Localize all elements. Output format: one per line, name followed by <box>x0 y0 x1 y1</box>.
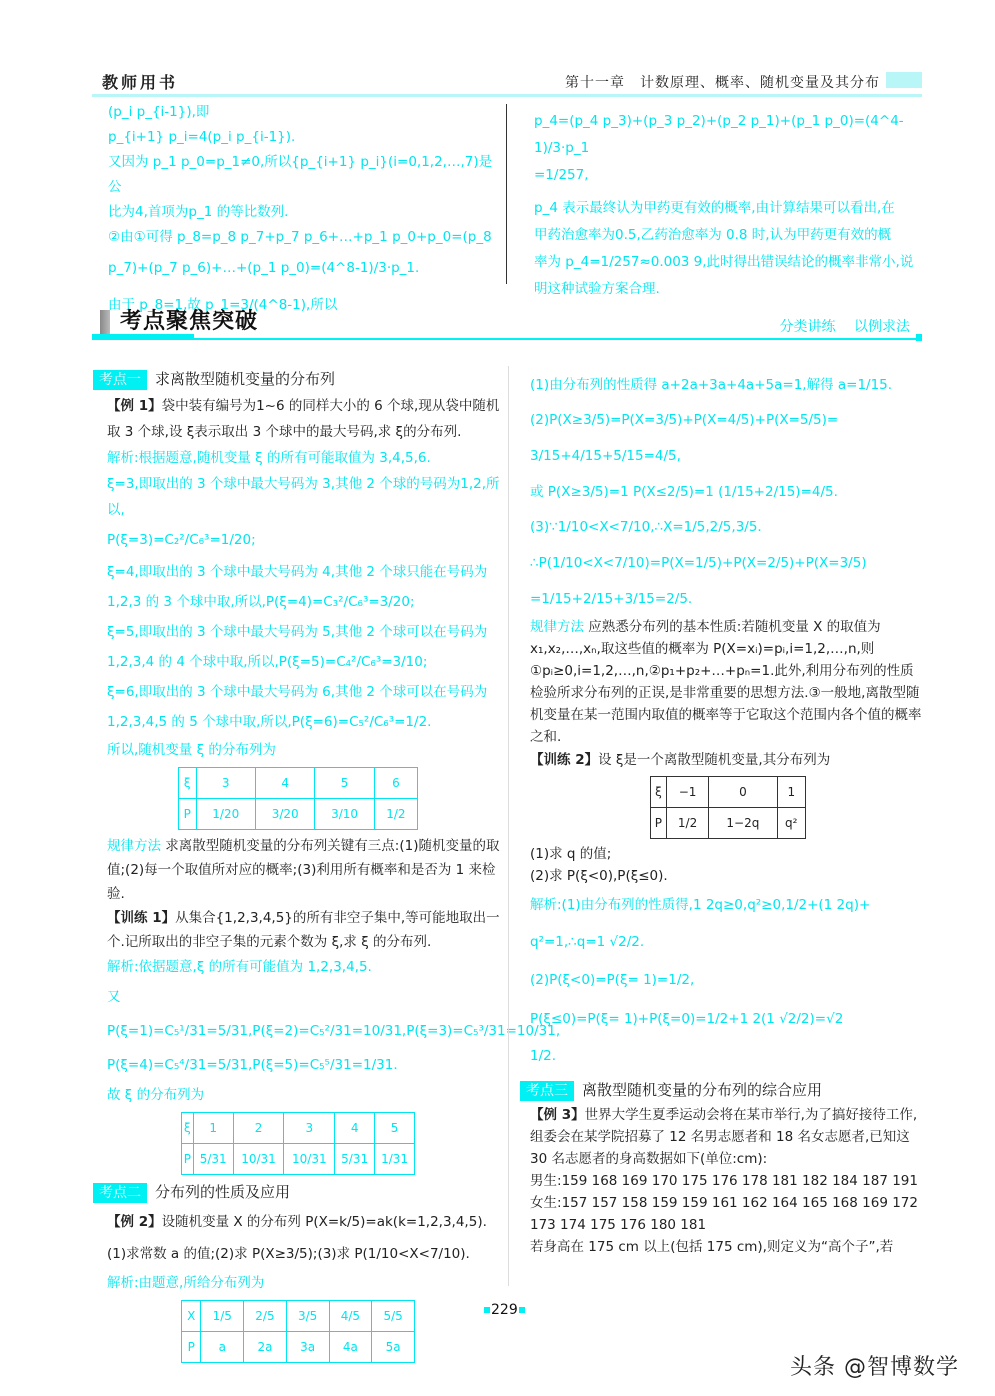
table-row: P 5/31 10/31 10/31 5/31 1/31 <box>182 1144 415 1175</box>
text-line: 明这种试验方案合理. <box>534 276 924 303</box>
example2-solution-intro: 解析:由题意,所给分布列为 <box>93 1270 503 1296</box>
table-cell: 1/2 <box>374 799 417 830</box>
training2-question-2: (2)求 P(ξ<0),P(ξ≤0). <box>530 865 925 887</box>
training1: 【训练 1】从集合{1,2,3,4,5}的所有非空子集中,等可能地取出一个.记所… <box>93 906 503 954</box>
text-line: =1/257, <box>534 162 924 189</box>
table-row: P a 2a 3a 4a 5a <box>182 1332 415 1363</box>
text-line: 比为4,首项为p_1 的等比数列. <box>108 200 503 225</box>
solution-line: 所以,随机变量 ξ 的分布列为 <box>107 737 503 763</box>
table-cell: X <box>182 1301 201 1332</box>
top-right-continuation: p_4=(p_4 p_3)+(p_3 p_2)+(p_2 p_1)+(p_1 p… <box>534 108 924 303</box>
banner-title: 考点聚焦突破 <box>120 304 258 335</box>
text-line: p_4=(p_4 p_3)+(p_3 p_2)+(p_2 p_1)+(p_1 p… <box>534 108 924 162</box>
table-cell: 4/5 <box>329 1301 372 1332</box>
table-cell: 3/20 <box>255 799 314 830</box>
method2-label: 规律方法 <box>530 619 584 635</box>
male-values: 159 168 169 170 175 176 178 181 182 184 … <box>562 1173 918 1189</box>
solution-line: P(ξ=3)=C₂²/C₆³=1/20; <box>107 523 503 557</box>
header-rule <box>92 94 922 97</box>
example2-distribution-table: X 1/5 2/5 3/5 4/5 5/5 P a 2a 3a 4a 5a <box>181 1300 415 1363</box>
table-cell: 1 <box>778 777 805 808</box>
male-heights: 男生:159 168 169 170 175 176 178 181 182 1… <box>530 1170 925 1192</box>
table-cell: 5 <box>375 1113 415 1144</box>
training2: 【训练 2】设 ξ是一个离散型随机变量,其分布列为 <box>530 748 925 772</box>
table-row: ξ 1 2 3 4 5 <box>182 1113 415 1144</box>
table-cell: P <box>650 808 667 839</box>
table-cell: 1 <box>193 1113 233 1144</box>
example2-questions: (1)求常数 a 的值;(2)求 P(X≥3/5);(3)求 P(1/10<X<… <box>93 1238 503 1270</box>
right-column: (1)由分布列的性质得 a+2a+3a+4a+5a=1,解得 a=1/15. (… <box>530 368 925 1258</box>
training1-solution: 解析:依据题意,ξ 的所有可能值为 1,2,3,4,5. 又 P(ξ=1)=C₅… <box>93 954 503 1108</box>
table-row: P 1/2 1−2q q² <box>650 808 805 839</box>
method2-text: 应熟悉分布列的基本性质:若随机变量 X 的取值为x₁,x₂,…,xₙ,取这些值的… <box>530 619 922 745</box>
table-cell: 5/5 <box>372 1301 415 1332</box>
watermark: 头条 @智博数学 <box>790 1350 959 1381</box>
table-row: X 1/5 2/5 3/5 4/5 5/5 <box>182 1301 415 1332</box>
table-cell: ξ <box>650 777 667 808</box>
solution-line: q²=1,∴q=1 √2/2. <box>530 923 925 961</box>
training2-text: 设 ξ是一个离散型随机变量,其分布列为 <box>598 752 830 768</box>
table-cell: 3 <box>196 768 255 799</box>
table-cell: 5a <box>372 1332 415 1363</box>
chapter-title: 第十一章 计数原理、概率、随机变量及其分布 <box>565 72 880 92</box>
height-data: 男生:159 168 169 170 175 176 178 181 182 1… <box>530 1170 925 1258</box>
table-cell: 5/31 <box>335 1144 375 1175</box>
text-line: 率为 p_4=1/257≈0.003 9,此时得出错误结论的概率非常小,说 <box>534 249 924 276</box>
left-column: 考点一求离散型随机变量的分布列 【例 1】袋中装有编号为1~6 的同样大小的 6… <box>93 366 503 1367</box>
table-cell: 10/31 <box>284 1144 335 1175</box>
banner-end-mark <box>916 334 922 341</box>
solution-line: (2)P(ξ<0)=P(ξ= 1)=1/2, <box>530 961 925 999</box>
solution-line: ξ=5,即取出的 3 个球中最大号码为 5,其他 2 个球可以在号码为 1,2,… <box>107 617 503 677</box>
table-cell: 3 <box>284 1113 335 1144</box>
solution-line: 3/15+4/15+5/15=4/5, <box>530 438 925 474</box>
example3-label: 【例 3】 <box>530 1107 585 1123</box>
page-marker-icon <box>484 1307 490 1313</box>
solution-line: 故 ξ 的分布列为 <box>107 1082 503 1108</box>
table-cell: 1−2q <box>708 808 777 839</box>
page-header: 教师用书 第十一章 计数原理、概率、随机变量及其分布 <box>92 66 922 94</box>
solution-line: ∴P(1/10<X<7/10)=P(X=1/5)+P(X=2/5)+P(X=3/… <box>530 544 925 582</box>
table-cell: P <box>182 1332 201 1363</box>
table-row: ξ 3 4 5 6 <box>179 768 418 799</box>
table-cell: 4a <box>329 1332 372 1363</box>
table-cell: 0 <box>708 777 777 808</box>
solution-line: ξ=3,即取出的 3 个球中最大号码为 3,其他 2 个球的号码为1,2,所以, <box>107 471 503 523</box>
text-line: 甲药治愈率为0.5,乙药治愈率为 0.8 时,认为甲药更有效的概 <box>534 222 924 249</box>
text-line: ②由①可得 p_8=p_8 p_7+p_7 p_6+…+p_1 p_0+p_0=… <box>108 225 503 250</box>
table-cell: a <box>201 1332 244 1363</box>
book-label: 教师用书 <box>102 70 178 93</box>
solution-line: P(ξ=4)=C₅⁴/31=5/31,P(ξ=5)=C₅⁵/31=1/31. <box>107 1048 503 1082</box>
table-cell: 5 <box>315 768 374 799</box>
example3: 【例 3】世界大学生夏季运动会将在某市举行,为了搞好接待工作,组委会在某学院招募… <box>530 1104 925 1170</box>
solution-line: (1)由分布列的性质得 a+2a+3a+4a+5a=1,解得 a=1/15. <box>530 368 925 402</box>
training1-label: 【训练 1】 <box>107 910 175 926</box>
table-cell: ξ <box>179 768 197 799</box>
solution-line: 又 P(ξ=1)=C₅¹/31=5/31,P(ξ=2)=C₅²/31=10/31… <box>107 980 503 1048</box>
banner-grip-icon <box>100 310 110 336</box>
table-row: ξ −1 0 1 <box>650 777 805 808</box>
table-cell: 6 <box>374 768 417 799</box>
text-line: 若身高在 175 cm 以上(包括 175 cm),则定义为“高个子”,若 <box>530 1236 925 1258</box>
solution-line: =1/15+2/15+3/15=2/5. <box>530 582 925 616</box>
training1-distribution-table: ξ 1 2 3 4 5 P 5/31 10/31 10/31 5/31 1/31 <box>181 1112 415 1175</box>
solution-line: ξ=4,即取出的 3 个球中最大号码为 4,其他 2 个球只能在号码为 1,2,… <box>107 557 503 617</box>
section3-heading: 考点三离散型随机变量的分布列的综合应用 <box>520 1077 925 1104</box>
table-cell: P <box>182 1144 194 1175</box>
banner-rule <box>194 338 916 340</box>
example1: 【例 1】袋中装有编号为1~6 的同样大小的 6 个球,现从袋中随机取 3 个球… <box>93 393 503 445</box>
method2: 规律方法 应熟悉分布列的基本性质:若随机变量 X 的取值为x₁,x₂,…,xₙ,… <box>530 616 925 748</box>
section3-title: 离散型随机变量的分布列的综合应用 <box>582 1081 822 1099</box>
example1-label: 【例 1】 <box>107 398 162 414</box>
banner-subtitle: 分类讲练 以例求法 <box>780 316 910 336</box>
text-line: 又因为 p_1 p_0=p_1≠0,所以{p_{i+1} p_i}(i=0,1,… <box>108 150 503 200</box>
female-label: 女生: <box>530 1195 562 1211</box>
column-divider-main <box>508 366 509 1286</box>
page-number-text: 229 <box>491 1302 518 1318</box>
table-cell: 1/20 <box>196 799 255 830</box>
solution-line: 解析:(1)由分布列的性质得,1 2q≥0,q²≥0,1/2+(1 2q)+ <box>530 887 925 923</box>
method1-label: 规律方法 <box>107 838 161 854</box>
solution-line: 或 P(X≥3/5)=1 P(X≤2/5)=1 (1/15+2/15)=4/5. <box>530 474 925 510</box>
solution-line: 解析:依据题意,ξ 的所有可能值为 1,2,3,4,5. <box>107 954 503 980</box>
text-line: p_7)+(p_7 p_6)+…+(p_1 p_0)=(4^8-1)/3·p_1… <box>108 256 503 281</box>
table-cell: q² <box>778 808 805 839</box>
table-cell: 1/5 <box>201 1301 244 1332</box>
page-marker-icon <box>519 1307 525 1313</box>
text-line: (p_i p_{i-1}),即 <box>108 100 503 125</box>
training2-solution: 解析:(1)由分布列的性质得,1 2q≥0,q²≥0,1/2+(1 2q)+ q… <box>530 887 925 1073</box>
solution-line: (2)P(X≥3/5)=P(X=3/5)+P(X=4/5)+P(X=5/5)= <box>530 402 925 438</box>
section3-tag: 考点三 <box>520 1081 574 1101</box>
example2-label: 【例 2】 <box>107 1214 162 1230</box>
example3-text: 世界大学生夏季运动会将在某市举行,为了搞好接待工作,组委会在某学院招募了 12 … <box>530 1107 917 1167</box>
top-left-continuation: (p_i p_{i-1}),即 p_{i+1} p_i=4(p_i p_{i-1… <box>108 100 503 318</box>
male-label: 男生: <box>530 1173 562 1189</box>
example1-solution: 解析:根据题意,随机变量 ξ 的所有可能取值为 3,4,5,6. ξ=3,即取出… <box>93 445 503 763</box>
table-cell: 1/2 <box>667 808 708 839</box>
training2-distribution-table: ξ −1 0 1 P 1/2 1−2q q² <box>650 776 806 839</box>
solution-line: ξ=6,即取出的 3 个球中最大号码为 6,其他 2 个球可以在号码为 1,2,… <box>107 677 503 737</box>
solution-line: P(ξ≤0)=P(ξ= 1)+P(ξ=0)=1/2+1 2(1 √2/2)=√2 <box>530 999 925 1039</box>
training2-label: 【训练 2】 <box>530 752 598 768</box>
section-banner: 考点聚焦突破 分类讲练 以例求法 <box>92 302 922 342</box>
example2-text: 设随机变量 X 的分布列 P(X=k/5)=ak(k=1,2,3,4,5). <box>162 1214 487 1230</box>
example1-text: 袋中装有编号为1~6 的同样大小的 6 个球,现从袋中随机取 3 个球,设 ξ表… <box>107 398 499 440</box>
column-divider-top <box>506 104 507 284</box>
section1-heading: 考点一求离散型随机变量的分布列 <box>93 366 503 393</box>
table-cell: 1/31 <box>375 1144 415 1175</box>
page-number: 229 <box>483 1302 526 1318</box>
solution-line: 1/2. <box>530 1039 925 1073</box>
section2-heading: 考点二分布列的性质及应用 <box>93 1179 503 1206</box>
solution-line: 解析:根据题意,随机变量 ξ 的所有可能取值为 3,4,5,6. <box>107 445 503 471</box>
table-cell: 4 <box>255 768 314 799</box>
text-line: p_{i+1} p_i=4(p_i p_{i-1}). <box>108 125 503 150</box>
table-cell: 2/5 <box>244 1301 287 1332</box>
section1-title: 求离散型随机变量的分布列 <box>155 370 335 388</box>
section1-tag: 考点一 <box>93 370 147 390</box>
female-heights: 女生:157 157 158 159 159 161 162 164 165 1… <box>530 1192 925 1236</box>
table-row: P 1/20 3/20 3/10 1/2 <box>179 799 418 830</box>
header-accent-tab <box>886 72 922 88</box>
table-cell: ξ <box>182 1113 194 1144</box>
table-cell: 4 <box>335 1113 375 1144</box>
table-cell: 3/5 <box>286 1301 329 1332</box>
method1: 规律方法 求离散型随机变量的分布列关键有三点:(1)随机变量的取值;(2)每一个… <box>93 834 503 906</box>
example2: 【例 2】设随机变量 X 的分布列 P(X=k/5)=ak(k=1,2,3,4,… <box>93 1206 503 1238</box>
section2-tag: 考点二 <box>93 1183 147 1203</box>
table-cell: P <box>179 799 197 830</box>
table-cell: −1 <box>667 777 708 808</box>
example1-distribution-table: ξ 3 4 5 6 P 1/20 3/20 3/10 1/2 <box>178 767 418 830</box>
example2-solution: (1)由分布列的性质得 a+2a+3a+4a+5a=1,解得 a=1/15. (… <box>530 368 925 616</box>
female-values: 157 157 158 159 159 161 162 164 165 168 … <box>530 1195 918 1233</box>
table-cell: 2 <box>233 1113 284 1144</box>
section2-title: 分布列的性质及应用 <box>155 1183 290 1201</box>
solution-line: (3)∵1/10<X<7/10,∴X=1/5,2/5,3/5. <box>530 510 925 544</box>
text-line: p_4 表示最终认为甲药更有效的概率,由计算结果可以看出,在 <box>534 195 924 222</box>
table-cell: 10/31 <box>233 1144 284 1175</box>
table-cell: 2a <box>244 1332 287 1363</box>
training2-question-1: (1)求 q 的值; <box>530 843 925 865</box>
table-cell: 3/10 <box>315 799 374 830</box>
method1-text: 求离散型随机变量的分布列关键有三点:(1)随机变量的取值;(2)每一个取值所对应… <box>107 838 499 902</box>
table-cell: 5/31 <box>193 1144 233 1175</box>
table-cell: 3a <box>286 1332 329 1363</box>
